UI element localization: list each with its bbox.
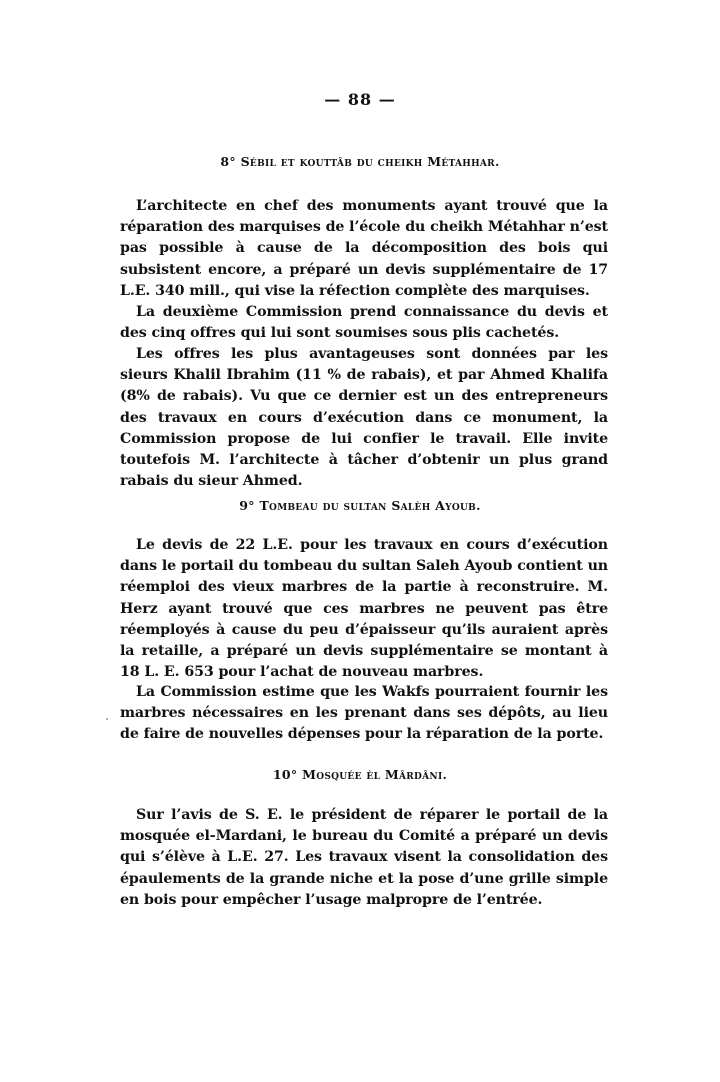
paragraph: Le devis de 22 L.E. pour les travaux en … xyxy=(120,535,608,683)
page-number: — 88 — xyxy=(0,90,720,109)
scan-artifact-dot xyxy=(106,718,108,720)
paragraph: L’architecte en chef des monuments ayant… xyxy=(120,196,608,302)
paragraph: Les offres les plus avantageuses sont do… xyxy=(120,344,608,492)
paragraph: Sur l’avis de S. E. le président de répa… xyxy=(120,805,608,911)
section-heading-8: 8° Sébil et kouttâb du cheikh Métahhar. xyxy=(0,154,720,169)
section-heading-10: 10° Mosquée èl Mârdâni. xyxy=(0,767,720,782)
paragraph: La deuxième Commission prend connaissanc… xyxy=(120,302,608,344)
paragraph: La Commission estime que les Wakfs pourr… xyxy=(120,682,608,746)
section-heading-9: 9° Tombeau du sultan Salèh Ayoub. xyxy=(0,498,720,513)
